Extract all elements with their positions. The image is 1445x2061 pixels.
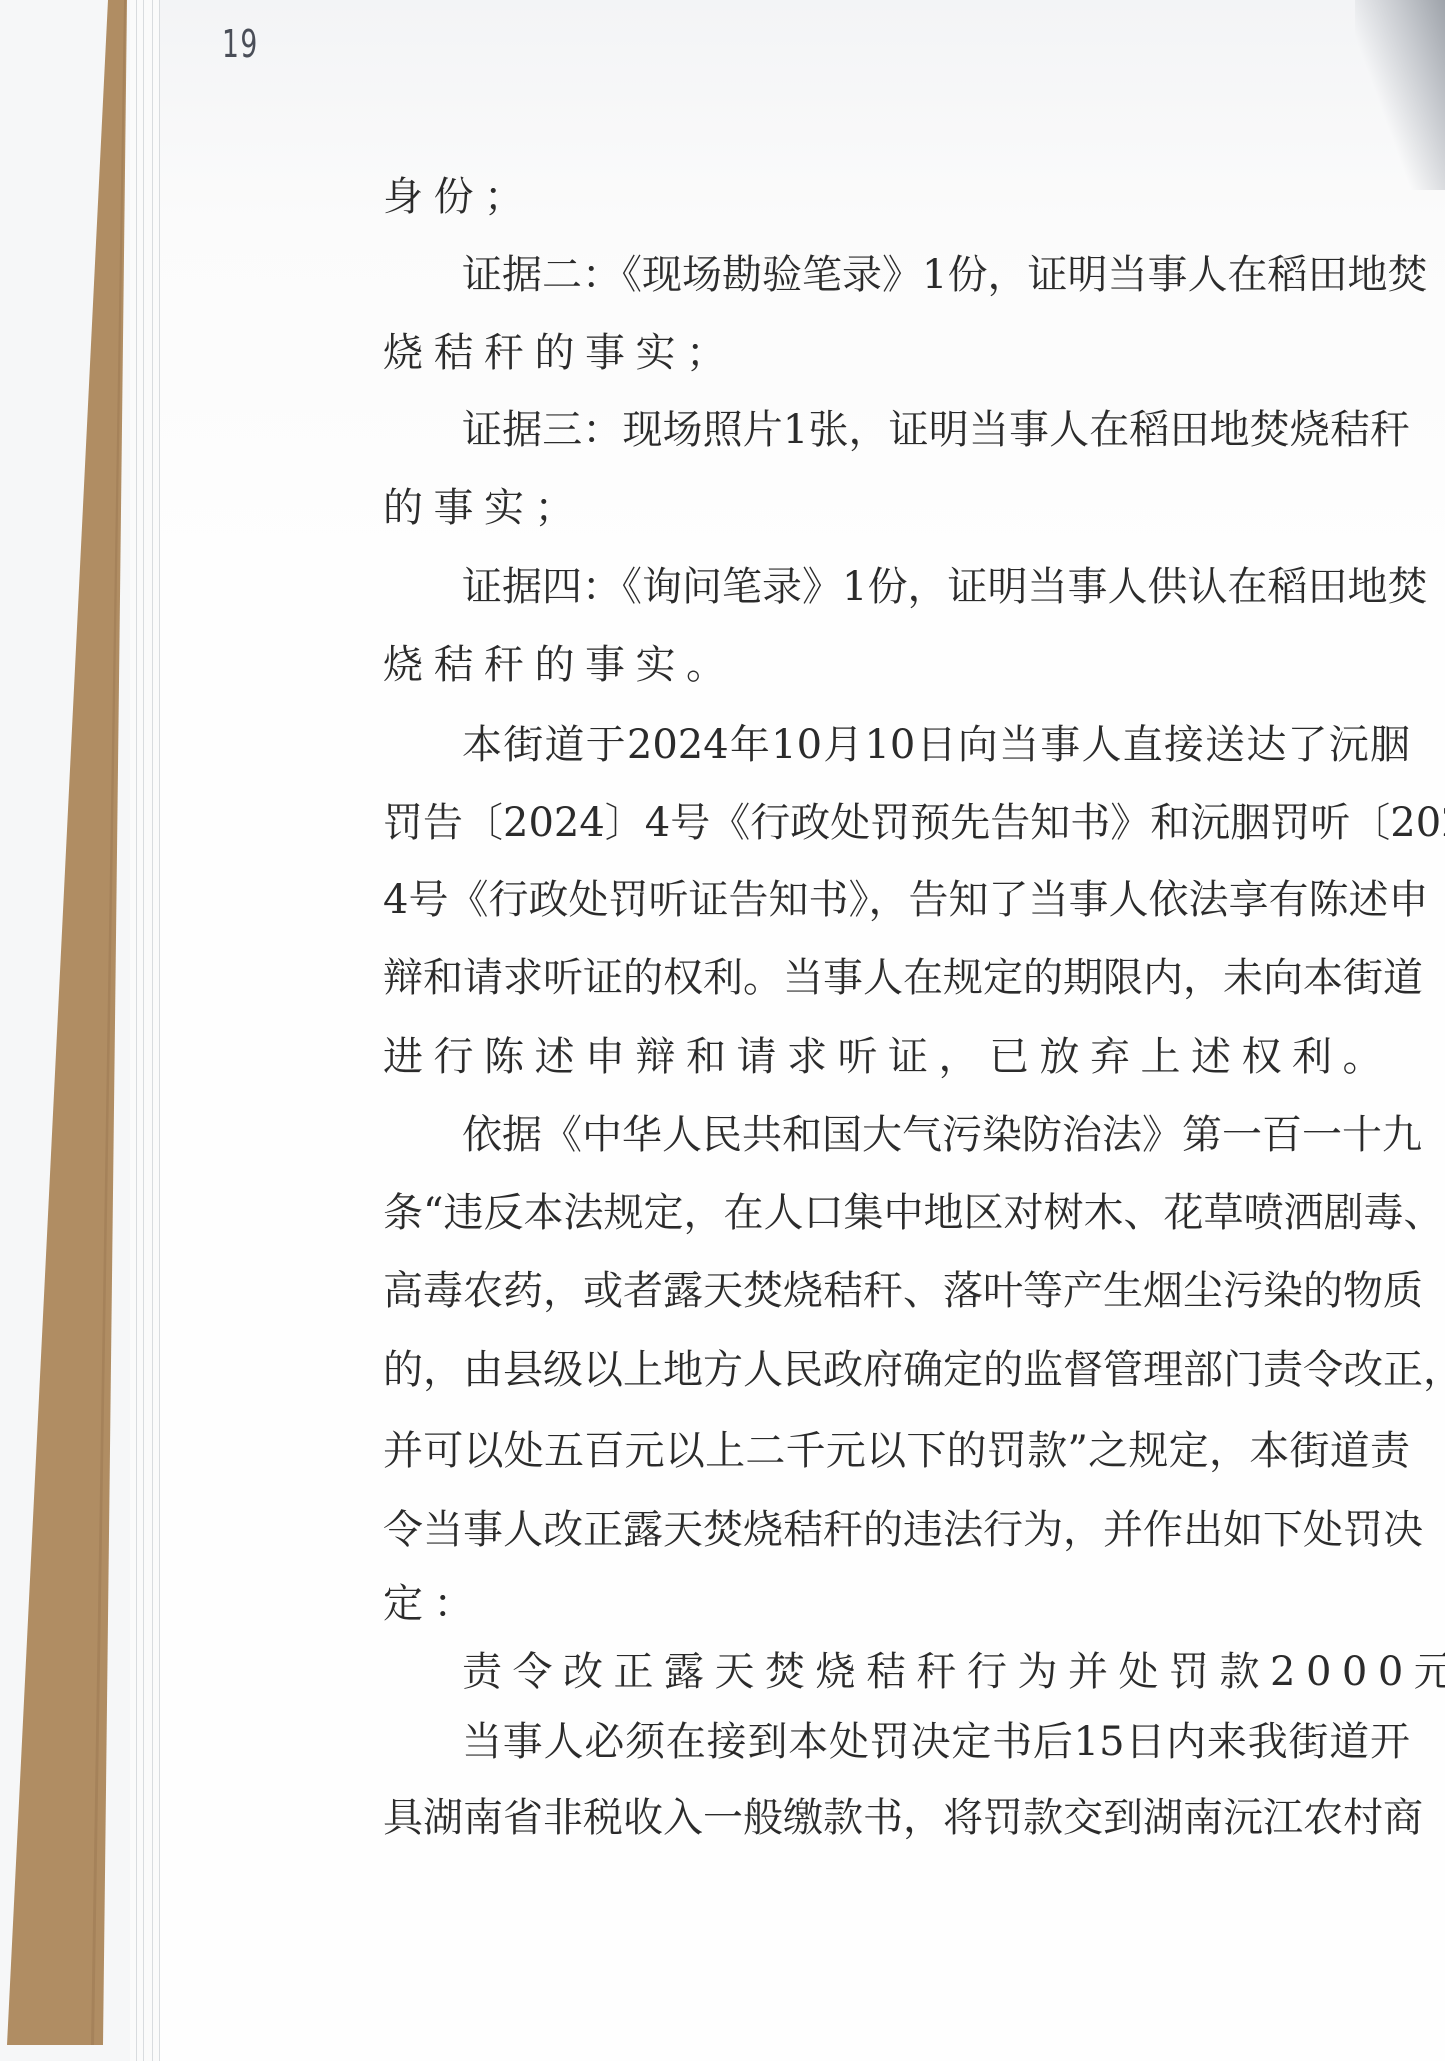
text-line: 身份； <box>383 175 1410 219</box>
text-line: 责令改正露天焚烧秸秆行为并处罚款2000元 <box>462 1650 1410 1694</box>
text-line: 进行陈述申辩和请求听证，已放弃上述权利。 <box>383 1035 1410 1079</box>
text-line: 的，由县级以上地方人民政府确定的监督管理部门责令改正， <box>383 1348 1410 1392</box>
page-edge-line <box>152 0 153 2061</box>
text-line: 当事人必须在接到本处罚决定书后15日内来我街道开 <box>462 1720 1410 1764</box>
page-corner-shadow <box>1355 0 1445 190</box>
handwritten-page-number: 19 <box>222 22 259 66</box>
page-edge-line <box>159 0 160 2061</box>
text-line: 烧秸秆的事实； <box>383 331 1410 375</box>
text-line: 证据二：《现场勘验笔录》1份，证明当事人在稻田地焚 <box>462 253 1410 297</box>
text-line: 条“违反本法规定，在人口集中地区对树木、花草喷洒剧毒、 <box>383 1191 1410 1235</box>
text-line: 证据三：现场照片1张，证明当事人在稻田地焚烧秸秆 <box>462 408 1410 452</box>
text-line: 的事实； <box>383 486 1410 530</box>
text-line: 本街道于2024年10月10日向当事人直接送达了沅胭 <box>462 723 1410 767</box>
text-line: 具湖南省非税收入一般缴款书，将罚款交到湖南沅江农村商 <box>383 1796 1410 1840</box>
text-line: 高毒农药，或者露天焚烧秸秆、落叶等产生烟尘污染的物质 <box>383 1269 1410 1313</box>
text-line: 证据四：《询问笔录》1份，证明当事人供认在稻田地焚 <box>462 565 1410 609</box>
text-line: 罚告〔2024〕4号《行政处罚预先告知书》和沅胭罚听〔2024〕 <box>383 801 1410 845</box>
text-line: 依据《中华人民共和国大气污染防治法》第一百一十九 <box>462 1113 1410 1157</box>
page-edge-line <box>143 0 144 2061</box>
text-line: 4号《行政处罚听证告知书》，告知了当事人依法享有陈述申 <box>383 878 1410 922</box>
text-line: 令当事人改正露天焚烧秸秆的违法行为，并作出如下处罚决 <box>383 1508 1410 1552</box>
text-line: 烧秸秆的事实。 <box>383 643 1410 687</box>
text-line: 定： <box>383 1582 1410 1626</box>
text-line: 并可以处五百元以上二千元以下的罚款”之规定，本街道责 <box>383 1429 1410 1473</box>
page-edge-line <box>136 0 137 2061</box>
text-line: 辩和请求听证的权利。当事人在规定的期限内，未向本街道 <box>383 956 1410 1000</box>
